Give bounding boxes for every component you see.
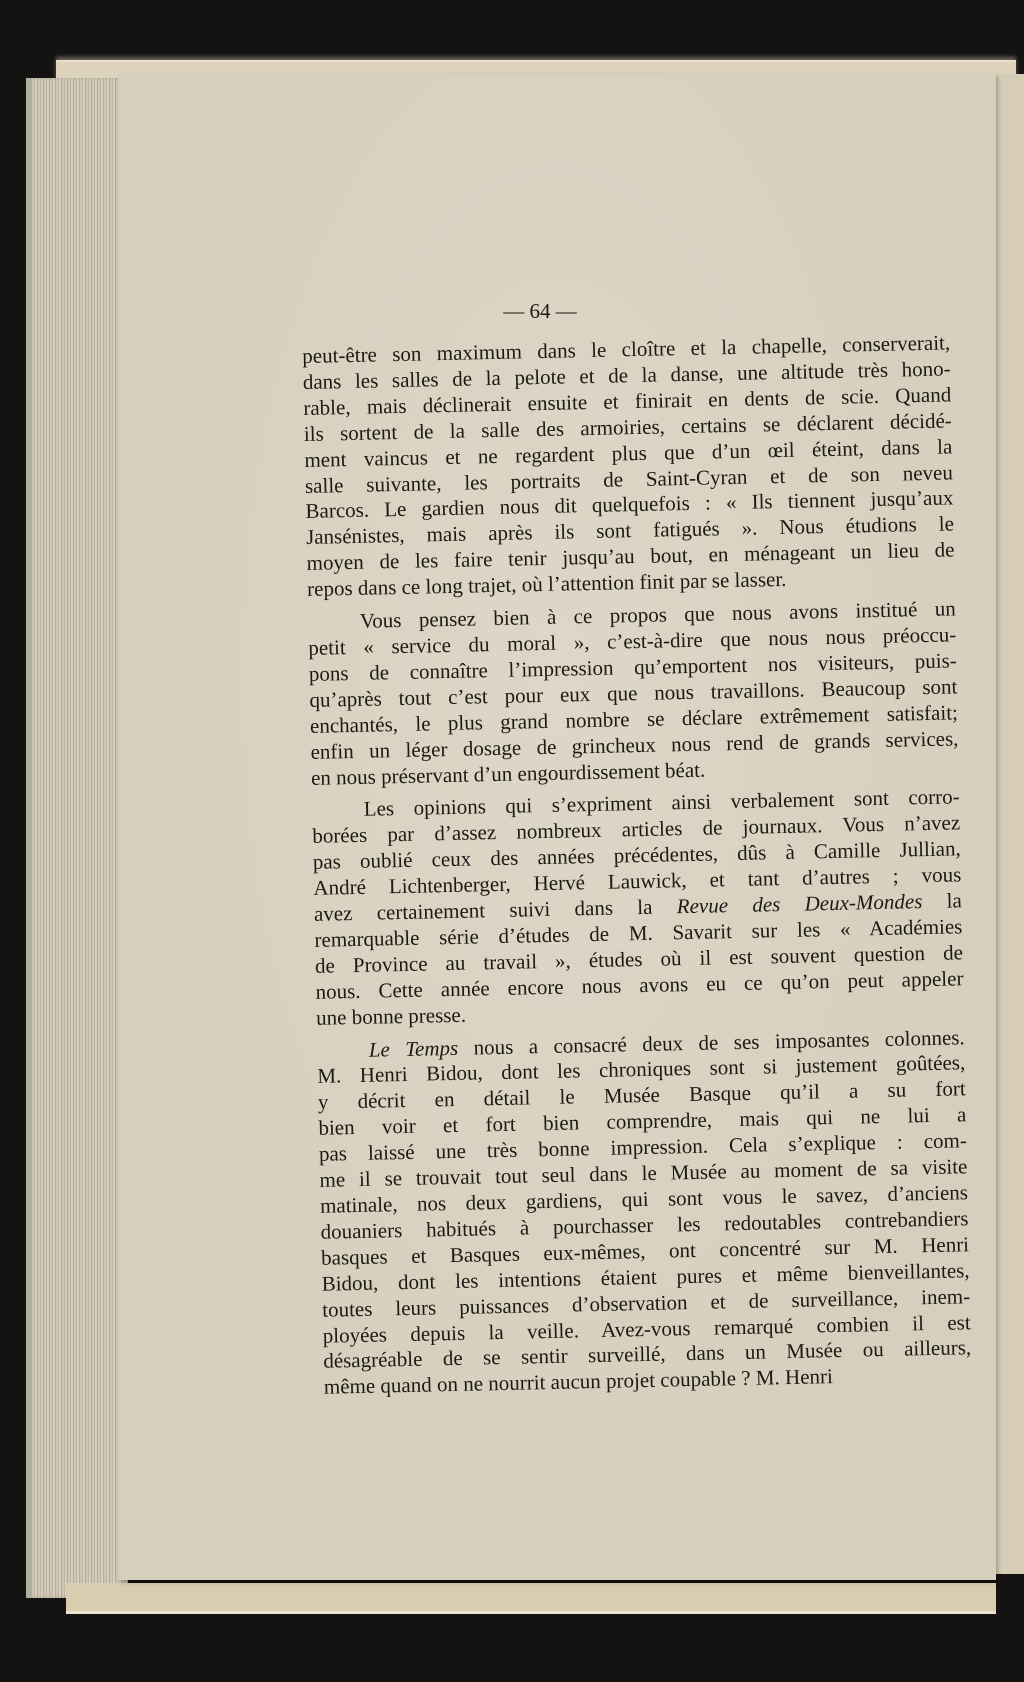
italic-title: Le Temps: [369, 1035, 459, 1061]
book-bottom-edge: [66, 1583, 996, 1614]
book-page: — 64 — peut-être son maximum dans le clo…: [118, 74, 996, 1580]
page-text-block: peut-être son maximum dans le cloître et…: [302, 330, 972, 1408]
page-number: — 64 —: [101, 299, 979, 324]
italic-title: Revue des Deux-Mondes: [676, 889, 922, 918]
book: — 64 — peut-être son maximum dans le clo…: [26, 60, 1024, 1620]
paragraph: Le Temps nous a consacré deux de ses imp…: [317, 1025, 972, 1401]
paragraph: peut-être son maximum dans le cloître et…: [302, 330, 955, 603]
paragraph: Les opinions qui s’expriment ainsi verba…: [312, 785, 965, 1032]
paragraph: Vous pensez bien à ce propos que nous av…: [308, 596, 960, 791]
next-page-edge: [994, 74, 1024, 1574]
